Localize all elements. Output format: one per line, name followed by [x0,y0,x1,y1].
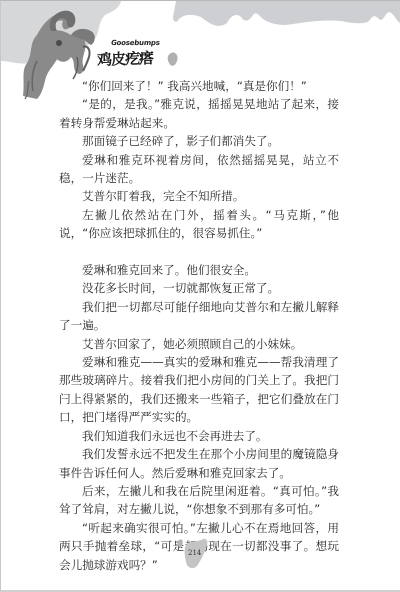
chapter-text: “你们回来了！” 我高兴地喊，“真是你们！” “是的，是我。”雅克说，摇摇晃晃地… [59,77,339,574]
logo-chinese: 鸡皮疙瘩 [97,47,154,70]
paragraph: 那面镜子已经碎了，影子们都消失了。 [59,132,339,150]
paragraph: 爱琳和雅克回来了。他们很安全。 [59,261,339,279]
page-number-badge: 214 [175,536,215,576]
paragraph: 我们发誓永远不把发生在那个小房间里的魔镜隐身事件告诉任何人。然后爱琳和雅克回家去… [59,445,339,482]
paragraph: “是的，是我。”雅克说，摇摇晃晃地站了起来，接着转身帮爱琳站起来。 [59,95,339,132]
logo-english: Goosebumps [110,39,160,47]
paragraph: 艾普尔盯着我，完全不知所措。 [59,187,339,205]
paragraph: 我们知道我们永远也不会再进去了。 [59,427,339,445]
series-logo: Goosebumps 鸡皮疙瘩 [97,39,177,69]
paragraph: 后来，左撇儿和我在后院里闲逛着。“真可怕。”我耸了耸肩，对左撇儿说，“你想象不到… [59,482,339,519]
paragraph: 左撇儿依然站在门外，摇着头。“马克斯，”他说，“你应该把球抓住的，很容易抓住。” [59,206,339,243]
page-number: 214 [188,549,201,557]
paragraph: “你们回来了！” 我高兴地喊，“真是你们！” [59,77,339,95]
paragraph: 艾普尔回家了，她必须照顾自己的小妹妹。 [59,335,339,353]
book-page: Goosebumps 鸡皮疙瘩 “你们回来了！” 我高兴地喊，“真是你们！” “… [0,0,400,592]
drip-band-icon [173,1,400,26]
paragraph: 我们把一切都尽可能仔细地向艾普尔和左撇儿解释了一遍。 [59,298,339,335]
section-break [59,243,339,261]
paragraph: 爱琳和雅克环视着房间，依然摇摇晃晃，站立不稳，一片迷茫。 [59,151,339,188]
paragraph: 爱琳和雅克——真实的爱琳和雅克——帮我清理了那些玻璃碎片。接着我们把小房间的门关… [59,353,339,427]
paragraph: 没花多长时间，一切就都恢复正常了。 [59,279,339,297]
